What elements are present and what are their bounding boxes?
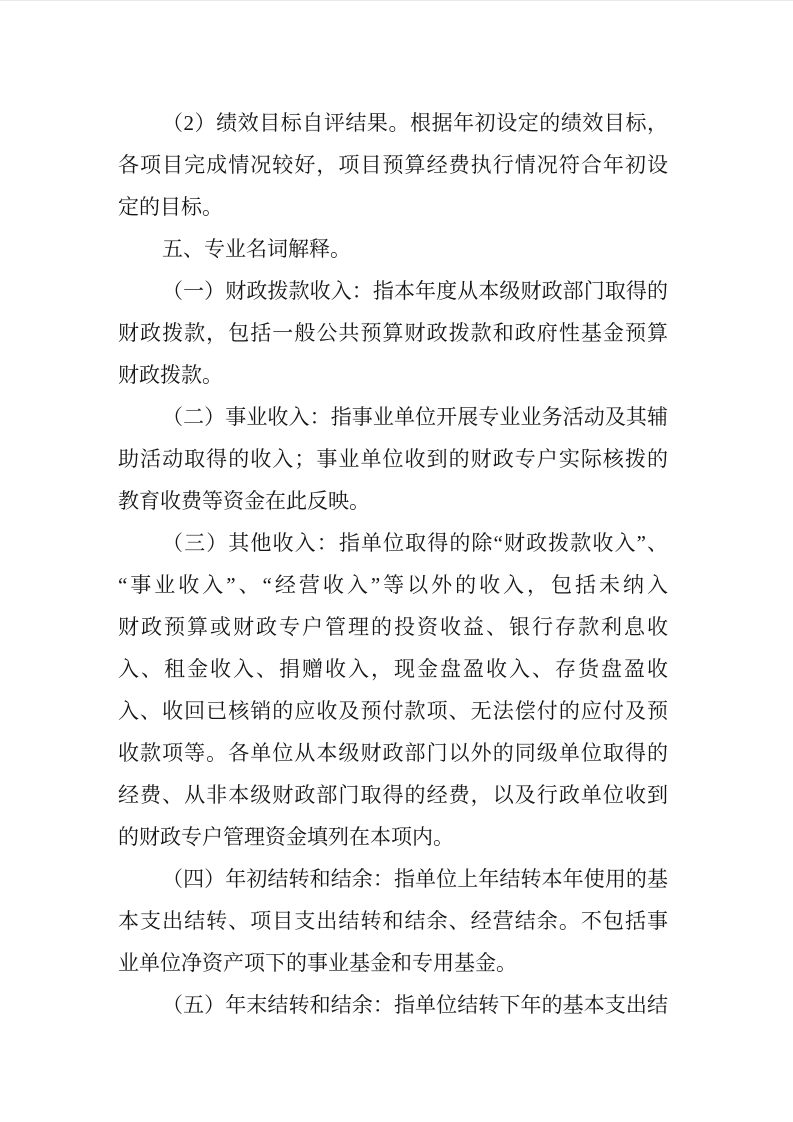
text-line: （四）年初结转和结余：指单位上年结转本年使用的基 xyxy=(118,858,668,900)
text-line: 助活动取得的收入；事业单位收到的财政专户实际核拨的 xyxy=(118,438,668,480)
text-line: 收款项等。各单位从本级财政部门以外的同级单位取得的 xyxy=(118,732,668,774)
text-line: 财政拨款。 xyxy=(118,354,668,396)
text-line: 本支出结转、项目支出结转和结余、经营结余。不包括事 xyxy=(118,900,668,942)
text-line: “事业收入”、“经营收入”等以外的收入，包括未纳入 xyxy=(118,564,668,606)
document-page: （2）绩效目标自评结果。根据年初设定的绩效目标， 各项目完成情况较好，项目预算经… xyxy=(0,0,793,1122)
paragraph: 五、专业名词解释。 xyxy=(118,228,668,270)
text-line: 财政预算或财政专户管理的投资收益、银行存款利息收 xyxy=(118,606,668,648)
document-text-block: （2）绩效目标自评结果。根据年初设定的绩效目标， 各项目完成情况较好，项目预算经… xyxy=(118,102,668,1026)
text-line: （一）财政拨款收入：指本年度从本级财政部门取得的 xyxy=(118,270,668,312)
text-line: （二）事业收入：指事业单位开展专业业务活动及其辅 xyxy=(118,396,668,438)
text-line: 业单位净资产项下的事业基金和专用基金。 xyxy=(118,942,668,984)
paragraph: （2）绩效目标自评结果。根据年初设定的绩效目标， 各项目完成情况较好，项目预算经… xyxy=(118,102,668,228)
text-line: 各项目完成情况较好，项目预算经费执行情况符合年初设 xyxy=(118,144,668,186)
paragraph: （四）年初结转和结余：指单位上年结转本年使用的基 本支出结转、项目支出结转和结余… xyxy=(118,858,668,984)
text-line: 教育收费等资金在此反映。 xyxy=(118,480,668,522)
paragraph: （一）财政拨款收入：指本年度从本级财政部门取得的 财政拨款，包括一般公共预算财政… xyxy=(118,270,668,396)
text-line: 定的目标。 xyxy=(118,186,668,228)
paragraph: （二）事业收入：指事业单位开展专业业务活动及其辅 助活动取得的收入；事业单位收到… xyxy=(118,396,668,522)
text-line: （三）其他收入：指单位取得的除“财政拨款收入”、 xyxy=(118,522,668,564)
paragraph: （三）其他收入：指单位取得的除“财政拨款收入”、 “事业收入”、“经营收入”等以… xyxy=(118,522,668,858)
text-line: 的财政专户管理资金填列在本项内。 xyxy=(118,816,668,858)
text-line: （2）绩效目标自评结果。根据年初设定的绩效目标， xyxy=(118,102,668,144)
text-line: 入、收回已核销的应收及预付款项、无法偿付的应付及预 xyxy=(118,690,668,732)
text-line: （五）年末结转和结余：指单位结转下年的基本支出结 xyxy=(118,984,668,1026)
section-heading: 五、专业名词解释。 xyxy=(118,228,668,270)
text-line: 入、租金收入、捐赠收入，现金盘盈收入、存货盘盈收 xyxy=(118,648,668,690)
text-line: 财政拨款，包括一般公共预算财政拨款和政府性基金预算 xyxy=(118,312,668,354)
text-line: 经费、从非本级财政部门取得的经费，以及行政单位收到 xyxy=(118,774,668,816)
paragraph: （五）年末结转和结余：指单位结转下年的基本支出结 xyxy=(118,984,668,1026)
